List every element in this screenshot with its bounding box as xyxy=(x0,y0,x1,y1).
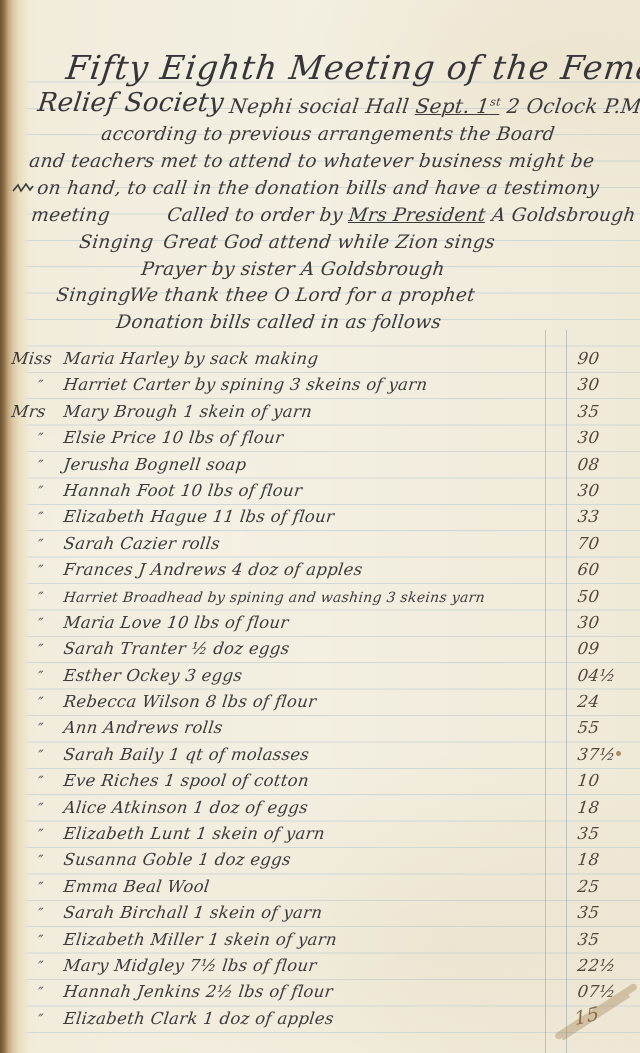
row-amount: 30 xyxy=(576,372,639,398)
president-name: A Goldsbrough xyxy=(491,205,637,226)
row-prefix: Miss xyxy=(10,346,65,372)
ledger-row: ″Harriet Carter by spining 3 skeins of y… xyxy=(10,372,640,398)
minutes-line-1: according to previous arrangements the B… xyxy=(100,124,556,145)
row-prefix: ″ xyxy=(10,426,65,452)
ledger-row: MrsMary Brough 1 skein of yarn35 xyxy=(10,399,640,425)
ledger-row: ″Maria Love 10 lbs of flour30 xyxy=(10,610,640,636)
row-description: Mary Midgley 7½ lbs of flour xyxy=(62,953,318,979)
row-prefix: ″ xyxy=(10,954,65,980)
ledger-row: ″Elsie Price 10 lbs of flour30 xyxy=(10,425,640,451)
row-amount: 25 xyxy=(576,874,639,900)
row-amount: 90 xyxy=(576,346,639,372)
header-place-date: Nephi social Hall Sept. 1st 2 Oclock P.M… xyxy=(228,94,640,118)
ledger-row: ″Hannah Jenkins 2½ lbs of flour07½ xyxy=(10,979,640,1005)
ledger-row: ″Susanna Goble 1 doz eggs18 xyxy=(10,847,640,873)
president-title: Mrs President xyxy=(348,205,487,226)
ledger-row: ″Esther Ockey 3 eggs04½ xyxy=(10,663,640,689)
row-amount: 22½ xyxy=(576,953,639,979)
row-amount: 18 xyxy=(576,795,639,821)
row-prefix: ″ xyxy=(10,664,65,690)
ink-spot xyxy=(616,751,621,756)
row-description: Susanna Goble 1 doz eggs xyxy=(62,847,293,873)
ledger-row: ″Sarah Cazier rolls70 xyxy=(10,531,640,557)
ledger-row: ″Elizabeth Lunt 1 skein of yarn35 xyxy=(10,821,640,847)
row-prefix: ″ xyxy=(10,558,65,584)
row-description: Elsie Price 10 lbs of flour xyxy=(62,425,285,451)
singing-label-1: Singing xyxy=(78,232,155,253)
row-description: Mary Brough 1 skein of yarn xyxy=(62,399,314,425)
row-description: Alice Atkinson 1 doz of eggs xyxy=(62,795,310,821)
row-prefix: ″ xyxy=(10,637,65,663)
ledger-row: ″Harriet Broadhead by spining and washin… xyxy=(10,584,640,610)
row-prefix: ″ xyxy=(10,505,65,531)
row-description: Elizabeth Miller 1 skein of yarn xyxy=(62,927,339,953)
hymn-2: We thank thee O Lord for a prophet xyxy=(128,285,476,306)
row-amount: 35 xyxy=(576,399,639,425)
row-description: Maria Harley by sack making xyxy=(62,346,320,372)
scribble-mark xyxy=(12,182,34,194)
row-amount: 35 xyxy=(576,900,639,926)
row-description: Maria Love 10 lbs of flour xyxy=(62,610,290,636)
row-amount: 30 xyxy=(576,425,639,451)
ledger-row: ″Rebecca Wilson 8 lbs of flour24 xyxy=(10,689,640,715)
row-amount: 24 xyxy=(576,689,639,715)
row-description: Sarah Birchall 1 skein of yarn xyxy=(62,900,324,926)
row-prefix: ″ xyxy=(10,769,65,795)
ledger-row: ″Alice Atkinson 1 doz of eggs18 xyxy=(10,795,640,821)
row-amount: 09 xyxy=(576,636,639,662)
row-prefix: ″ xyxy=(10,611,65,637)
ledger-row: ″Sarah Tranter ½ doz eggs09 xyxy=(10,636,640,662)
row-prefix: ″ xyxy=(10,585,65,611)
ledger-row: MissMaria Harley by sack making90 xyxy=(10,346,640,372)
ledger-row: ″Sarah Baily 1 qt of molasses37½ xyxy=(10,742,640,768)
row-amount: 04½ xyxy=(576,663,639,689)
row-description: Sarah Baily 1 qt of molasses xyxy=(62,742,311,768)
header-society: Relief Society xyxy=(36,88,226,118)
ledger-row: ″Eve Riches 1 spool of cotton10 xyxy=(10,768,640,794)
row-prefix: ″ xyxy=(10,848,65,874)
row-amount: 35 xyxy=(576,927,639,953)
minutes-line-3-wrap: on hand, to call in the donation bills a… xyxy=(12,178,598,199)
row-description: Esther Ockey 3 eggs xyxy=(62,663,244,689)
row-prefix: ″ xyxy=(10,796,65,822)
header-place: Nephi social Hall xyxy=(228,94,411,118)
ledger-row: ″Elizabeth Clark 1 doz of apples15 xyxy=(10,1006,640,1032)
ledger-page: Fifty Eighth Meeting of the Female Relie… xyxy=(0,0,640,1053)
row-amount: 33 xyxy=(576,504,639,530)
row-amount: 37½ xyxy=(576,742,639,768)
ledger-row: ″Frances J Andrews 4 doz of apples60 xyxy=(10,557,640,583)
row-prefix: ″ xyxy=(10,901,65,927)
row-prefix: ″ xyxy=(10,479,65,505)
row-description: Ann Andrews rolls xyxy=(62,715,224,741)
row-description: Jerusha Bognell soap xyxy=(62,452,248,478)
minutes-line-3: on hand, to call in the donation bills a… xyxy=(36,178,600,199)
page-title: Fifty Eighth Meeting of the Female xyxy=(64,48,640,87)
singing-label-2: Singing xyxy=(55,285,132,306)
row-prefix: ″ xyxy=(10,532,65,558)
row-description: Elizabeth Clark 1 doz of apples xyxy=(62,1006,335,1032)
row-description: Frances J Andrews 4 doz of apples xyxy=(62,557,364,583)
row-prefix: ″ xyxy=(10,1007,65,1033)
row-amount: 18 xyxy=(576,847,639,873)
row-amount: 70 xyxy=(576,531,639,557)
hymn-1: Great God attend while Zion sings xyxy=(162,232,496,253)
row-description: Hannah Jenkins 2½ lbs of flour xyxy=(62,979,334,1005)
ledger-row: ″Ann Andrews rolls55 xyxy=(10,715,640,741)
row-amount: 35 xyxy=(576,821,639,847)
row-amount: 60 xyxy=(576,557,639,583)
meeting-word: meeting xyxy=(30,205,111,226)
row-prefix: ″ xyxy=(10,373,65,399)
row-prefix: ″ xyxy=(10,875,65,901)
prayer-line: Prayer by sister A Goldsbrough xyxy=(140,259,446,280)
row-prefix: ″ xyxy=(10,716,65,742)
header-date-ordinal: st xyxy=(489,95,501,108)
row-amount: 10 xyxy=(576,768,639,794)
row-prefix: ″ xyxy=(10,928,65,954)
row-description: Hannah Foot 10 lbs of flour xyxy=(62,478,304,504)
row-description: Emma Beal Wool xyxy=(62,874,211,900)
donation-intro: Donation bills called in as follows xyxy=(115,312,443,333)
row-prefix: ″ xyxy=(10,822,65,848)
row-description: Harriet Broadhead by spining and washing… xyxy=(62,585,486,611)
row-description: Eve Riches 1 spool of cotton xyxy=(62,768,311,794)
ledger-row: ″Elizabeth Hague 11 lbs of flour33 xyxy=(10,504,640,530)
row-amount: 55 xyxy=(576,715,639,741)
header-time: 2 Oclock P.M. xyxy=(506,94,640,118)
ledger-row: ″Mary Midgley 7½ lbs of flour22½ xyxy=(10,953,640,979)
row-prefix: ″ xyxy=(10,743,65,769)
called-to-order-line: Called to order by Mrs President A Golds… xyxy=(166,205,637,226)
ledger-row: ″Elizabeth Miller 1 skein of yarn35 xyxy=(10,927,640,953)
row-prefix: ″ xyxy=(10,980,65,1006)
row-prefix: ″ xyxy=(10,690,65,716)
row-prefix: Mrs xyxy=(10,399,65,425)
ledger-row: ″Jerusha Bognell soap08 xyxy=(10,452,640,478)
row-amount: 30 xyxy=(576,610,639,636)
row-description: Elizabeth Hague 11 lbs of flour xyxy=(62,504,336,530)
ledger-rows: MissMaria Harley by sack making90″Harrie… xyxy=(10,346,640,1032)
ledger-row: ″Sarah Birchall 1 skein of yarn35 xyxy=(10,900,640,926)
minutes-line-2: and teachers met to attend to whatever b… xyxy=(28,151,596,172)
row-description: Rebecca Wilson 8 lbs of flour xyxy=(62,689,318,715)
row-prefix: ″ xyxy=(10,453,65,479)
header-date: Sept. 1st xyxy=(414,94,502,118)
row-description: Elizabeth Lunt 1 skein of yarn xyxy=(62,821,326,847)
row-description: Sarah Tranter ½ doz eggs xyxy=(62,636,291,662)
ledger-row: ″Hannah Foot 10 lbs of flour30 xyxy=(10,478,640,504)
row-amount: 30 xyxy=(576,478,639,504)
row-description: Sarah Cazier rolls xyxy=(62,531,222,557)
row-amount: 08 xyxy=(576,452,639,478)
ledger-row: ″Emma Beal Wool25 xyxy=(10,874,640,900)
row-description: Harriet Carter by spining 3 skeins of ya… xyxy=(62,372,429,398)
row-amount: 50 xyxy=(576,584,639,610)
